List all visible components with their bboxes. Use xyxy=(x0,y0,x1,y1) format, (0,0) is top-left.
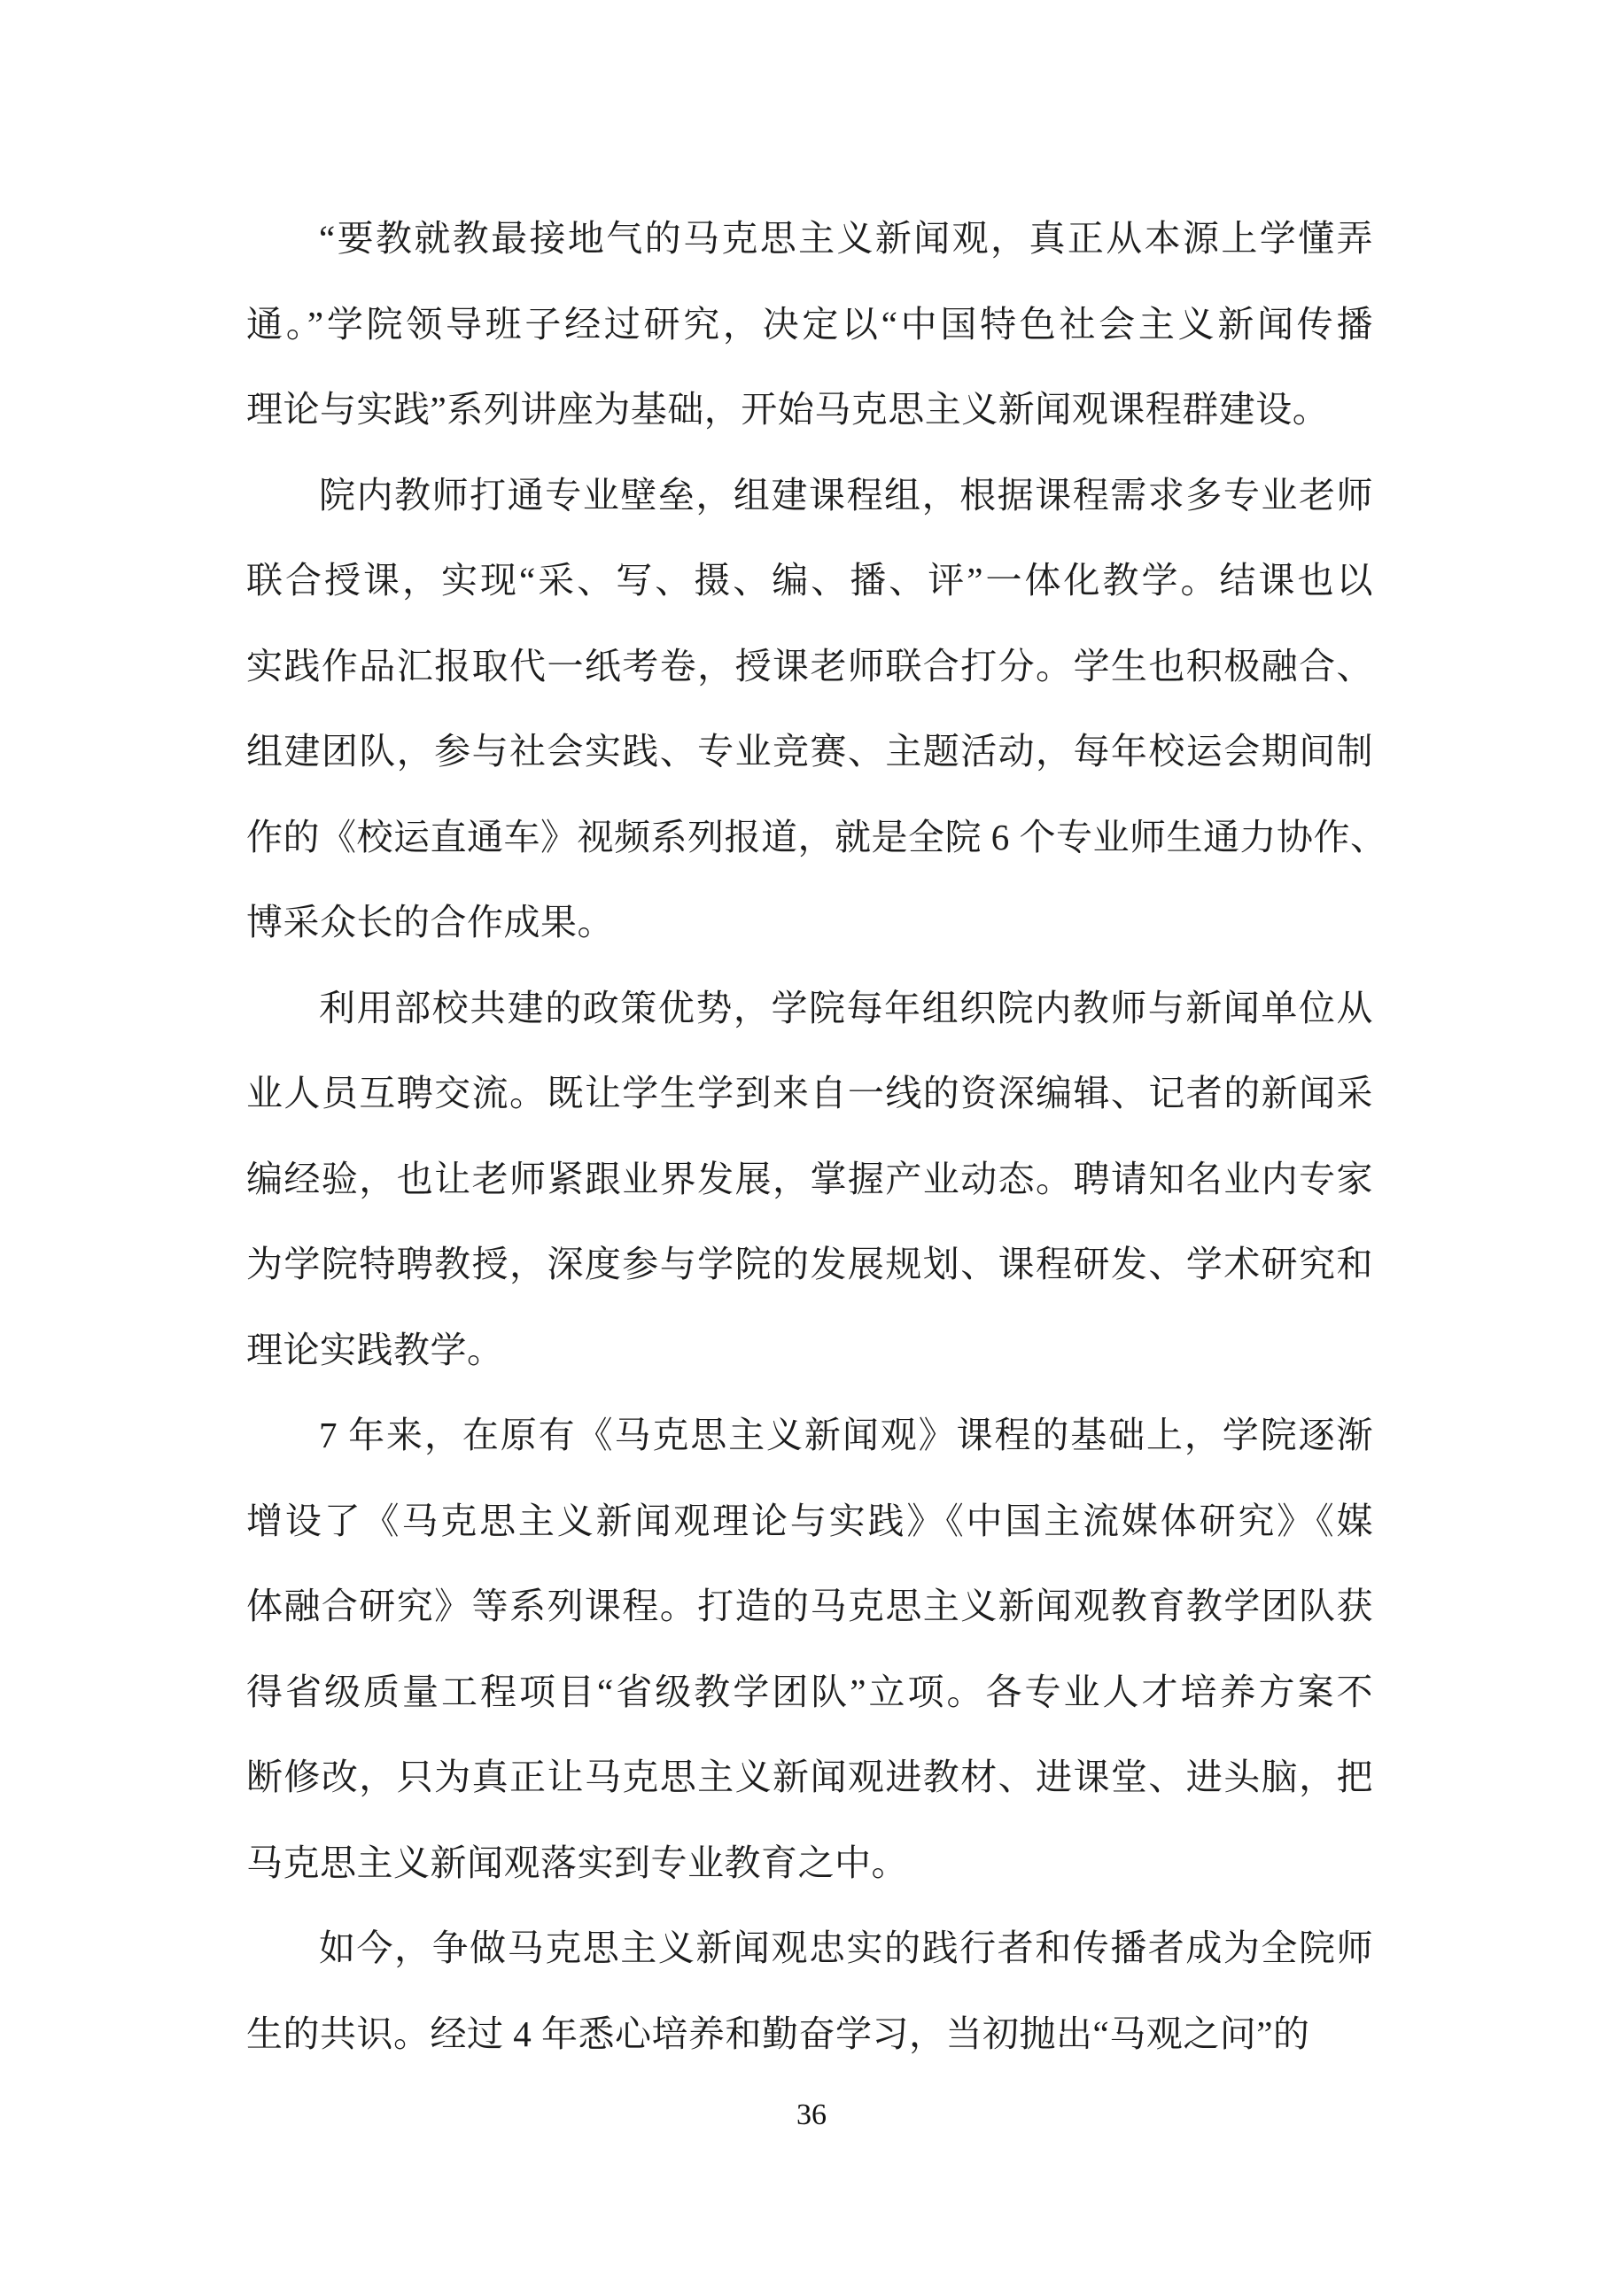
text-line: 业人员互聘交流。既让学生学到来自一线的资深编辑、记者的新闻采 xyxy=(246,1051,1373,1136)
text-line: 博采众长的合作成果。 xyxy=(246,880,1373,966)
text-line: 得省级质量工程项目“省级教学团队”立项。各专业人才培养方案不 xyxy=(246,1649,1373,1735)
text-line: 马克思主义新闻观落实到专业教育之中。 xyxy=(246,1820,1373,1906)
text-line: 联合授课，实现“采、写、摄、编、播、评”一体化教学。结课也以 xyxy=(246,538,1373,624)
text-line: 断修改，只为真正让马克思主义新闻观进教材、进课堂、进头脑，把 xyxy=(246,1734,1373,1820)
text-line: 编经验，也让老师紧跟业界发展，掌握产业动态。聘请知名业内专家 xyxy=(246,1136,1373,1222)
text-line: 作的《校运直通车》视频系列报道，就是全院 6 个专业师生通力协作、 xyxy=(246,795,1373,880)
text-line: 理论实践教学。 xyxy=(246,1307,1373,1393)
text-line: 增设了《马克思主义新闻观理论与实践》《中国主流媒体研究》《媒 xyxy=(246,1478,1373,1564)
text-line: 7 年来，在原有《马克思主义新闻观》课程的基础上，学院逐渐 xyxy=(246,1392,1373,1478)
text-line: 为学院特聘教授，深度参与学院的发展规划、课程研发、学术研究和 xyxy=(246,1222,1373,1307)
text-line: 体融合研究》等系列课程。打造的马克思主义新闻观教育教学团队获 xyxy=(246,1563,1373,1649)
text-line: “要教就教最接地气的马克思主义新闻观，真正从本源上学懂弄 xyxy=(246,196,1373,282)
document-page: “要教就教最接地气的马克思主义新闻观，真正从本源上学懂弄通。”学院领导班子经过研… xyxy=(0,0,1623,2296)
text-line: 通。”学院领导班子经过研究，决定以“中国特色社会主义新闻传播 xyxy=(246,282,1373,368)
text-line: 实践作品汇报取代一纸考卷，授课老师联合打分。学生也积极融合、 xyxy=(246,624,1373,710)
document-text-area: “要教就教最接地气的马克思主义新闻观，真正从本源上学懂弄通。”学院领导班子经过研… xyxy=(246,196,1373,2076)
text-line: 生的共识。经过 4 年悉心培养和勤奋学习，当初抛出“马观之问”的 xyxy=(246,1991,1373,2077)
text-line: 如今，争做马克思主义新闻观忠实的践行者和传播者成为全院师 xyxy=(246,1905,1373,1991)
text-line: 院内教师打通专业壁垒，组建课程组，根据课程需求多专业老师 xyxy=(246,453,1373,539)
text-line: 理论与实践”系列讲座为基础，开始马克思主义新闻观课程群建设。 xyxy=(246,367,1373,453)
text-line: 利用部校共建的政策优势，学院每年组织院内教师与新闻单位从 xyxy=(246,966,1373,1051)
page-number: 36 xyxy=(0,2098,1623,2133)
text-line: 组建团队，参与社会实践、专业竞赛、主题活动，每年校运会期间制 xyxy=(246,709,1373,795)
